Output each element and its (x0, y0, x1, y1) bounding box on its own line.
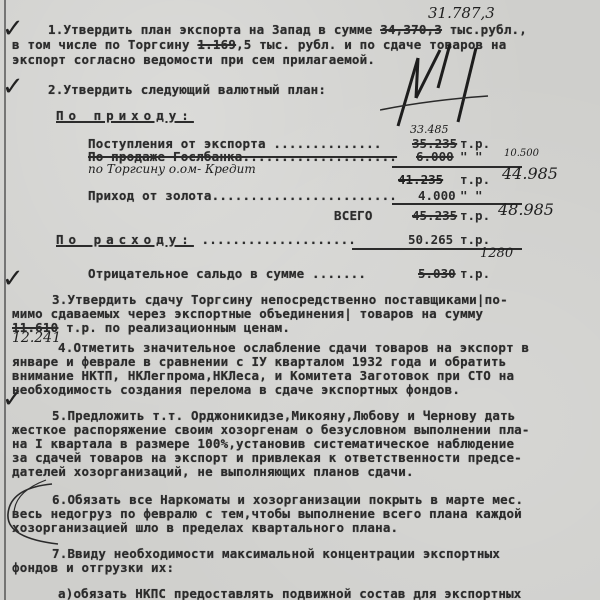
item5-line5: дателей хозорганизаций, не выполняющих п… (12, 464, 414, 479)
expense-leader-dots: .................... (194, 232, 356, 247)
income-row-gosbank-unit: " " (460, 149, 483, 164)
income-row-gold-label: Приход от золота........................ (88, 188, 397, 203)
balance-label: Отрицательное сальдо в сумме ....... (88, 266, 366, 281)
item7-line1: 7.Ввиду необходимости максимальной конце… (52, 546, 500, 561)
income-row-gosbank-value: 6.000 (416, 149, 454, 164)
item5-line3: на I квартала в размере 100%,установив с… (12, 436, 514, 451)
handwritten-correction-total: 31.787,3 (428, 4, 495, 22)
expense-heading: По расходу: (56, 232, 194, 247)
total-label: ВСЕГО (334, 208, 373, 223)
item6-line3: хозорганизацией шло в пределах квартальн… (12, 520, 398, 535)
struck-amount: 34,370,3 (380, 22, 442, 37)
item6-line2: весь недогруз по февралю с тем,чтобы вып… (12, 506, 522, 521)
balance-unit: т.р. (460, 266, 490, 281)
handwritten-gosbank-value: 10.500 (504, 148, 539, 159)
item1-text: 1.Утвердить план экспорта на Запад в сум… (48, 22, 380, 37)
item3-line1: 3.Утвердить сдачу Торгсину непосредствен… (52, 292, 508, 307)
handwritten-torgsin-label: по Торгсину о.ом- Кредит (88, 162, 256, 176)
handwritten-balance-value: 1280 (480, 246, 513, 261)
income-row-subtotal-value: 41.235 (398, 172, 443, 187)
item1-line1: 1.Утвердить план экспорта на Запад в сум… (48, 22, 527, 37)
income-row-gold-unit: " " (460, 188, 483, 203)
item5-line4: за сдачей товаров на экспорт и привлекая… (12, 450, 522, 465)
handwritten-torgsin-amount: 12.241 (12, 330, 61, 346)
expense-row: По расходу: .................... (56, 232, 356, 247)
item3-text: т.р. по реализационным ценам. (58, 320, 290, 335)
item4-line2: январе и феврале в сравнении с IУ кварта… (12, 354, 506, 369)
income-row-gold-value: 4.000 (418, 188, 456, 203)
item1-text: тыс.рубл., (442, 22, 527, 37)
checkmark-icon: ✓ (2, 264, 24, 294)
item7-sub-a: а)обязать НКПС предоставлять подвижной с… (58, 586, 522, 600)
handwritten-total-value: 48.985 (498, 200, 554, 219)
handwritten-subtotal-value: 44.985 (502, 164, 558, 183)
struck-amount: 1.169 (197, 37, 236, 52)
expense-value: 50.265 (408, 232, 453, 247)
handwritten-signature (380, 38, 490, 128)
item3-line2: мимо сдаваемых через экспортные объедине… (12, 306, 483, 321)
item4-line4: необходимость создания перелома в сдаче … (12, 382, 460, 397)
income-row-subtotal-unit: т.р. (460, 172, 490, 187)
total-unit: т.р. (460, 208, 490, 223)
checkmark-icon: ✓ (2, 72, 24, 102)
item5-line2: жесткое распоряжение своим хозоргенам о … (12, 422, 530, 437)
balance-value: 5.030 (418, 266, 456, 281)
total-value: 45.235 (412, 208, 457, 223)
income-heading: По приходу: (56, 108, 194, 123)
item5-line1: 5.Предложить т.т. Орджоникидзе,Микояну,Л… (52, 408, 516, 423)
item4-line1: 4.Отметить значительное ослабление сдачи… (58, 340, 529, 355)
scanned-document-page: ✓ ✓ ✓ ✓ 31.787,3 1.Утвердить план экспор… (0, 0, 600, 600)
item4-line3: внимание НКТП, НКЛегпрома,НКЛеса, и Коми… (12, 368, 514, 383)
handwritten-export-value: 33.485 (410, 123, 449, 136)
expense-unit: т.р. (460, 232, 490, 247)
item2-heading: 2.Утвердить следующий валютный план: (48, 82, 326, 97)
item1-line3: экспорт согласно ведомости при сем прила… (12, 52, 375, 67)
item1-text: в том числе по Торгсину (12, 37, 197, 52)
item6-line1: 6.Обязать все Наркоматы и хозорганизации… (52, 492, 523, 507)
item7-line2: фондов и отгрузки их: (12, 560, 174, 575)
